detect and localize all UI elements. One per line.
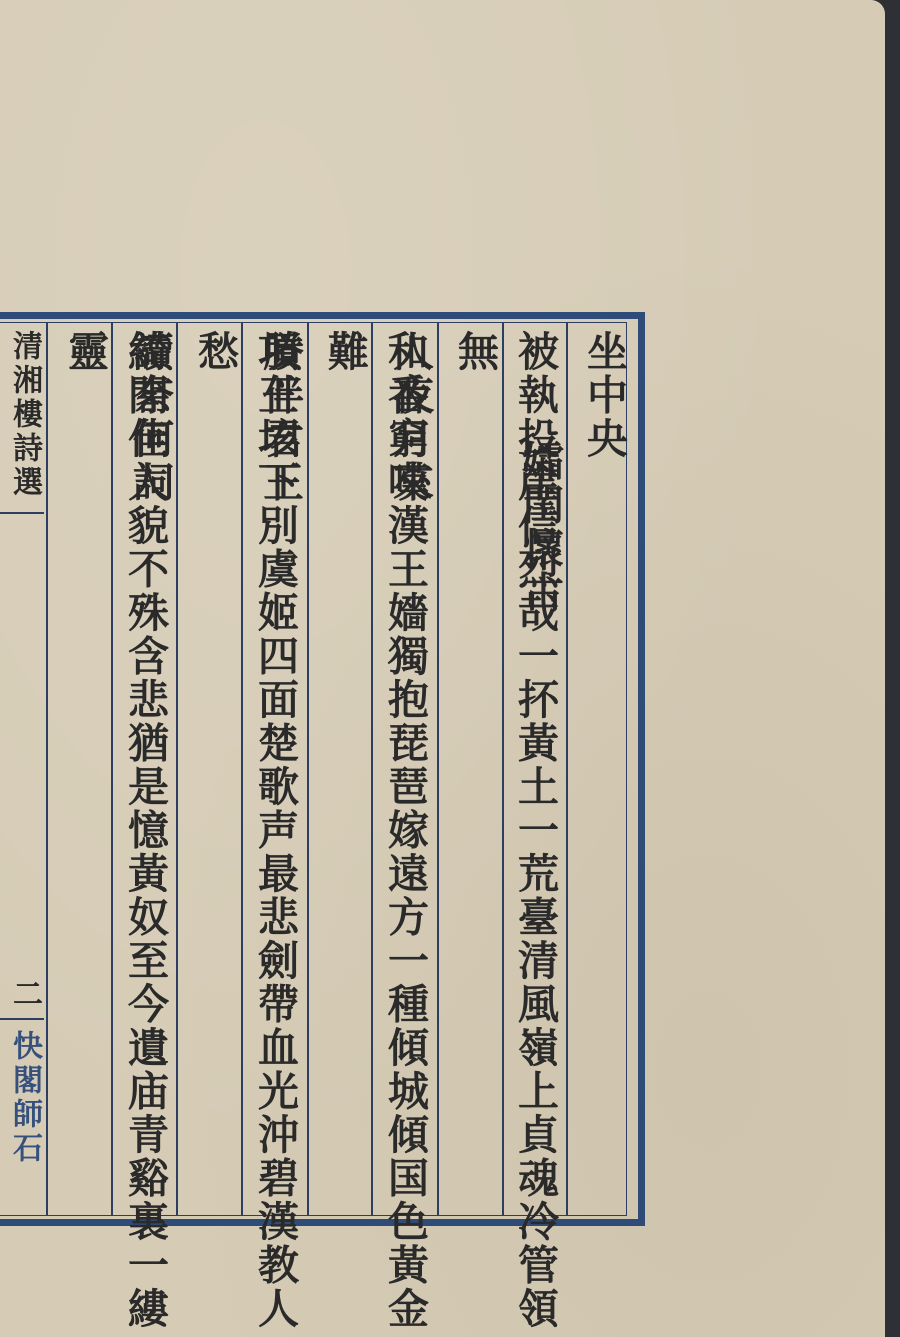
margin-divider bbox=[0, 1018, 44, 1020]
margin-page-number: 二 bbox=[4, 978, 44, 1012]
page-edge-shadow bbox=[885, 0, 900, 1337]
column-rule bbox=[46, 323, 48, 1215]
text-column-1: 坐中央 bbox=[574, 330, 634, 461]
text-column-9: 綺閣佳人貌不殊含悲猶是憶黃奴至今遺庙青谿裏一縷靈 bbox=[55, 330, 175, 1337]
text-column-3: 被執投崖信烈哉一抔黃土一荒臺清風嶺上貞魂冷管領無 bbox=[445, 330, 565, 1337]
margin-publisher: 快閣師石 bbox=[4, 1030, 44, 1166]
margin-divider bbox=[0, 512, 44, 514]
text-column-7: 項王垓下別虞姬四面楚歌声最悲劍帶血光沖碧漢教人愁 bbox=[185, 330, 305, 1337]
text-column-5: 和番窮嘆漢王嬙獨抱琵琶嫁遠方一種傾城傾国色黃金難 bbox=[315, 330, 435, 1337]
margin-book-title: 清湘樓詩選 bbox=[4, 330, 44, 500]
